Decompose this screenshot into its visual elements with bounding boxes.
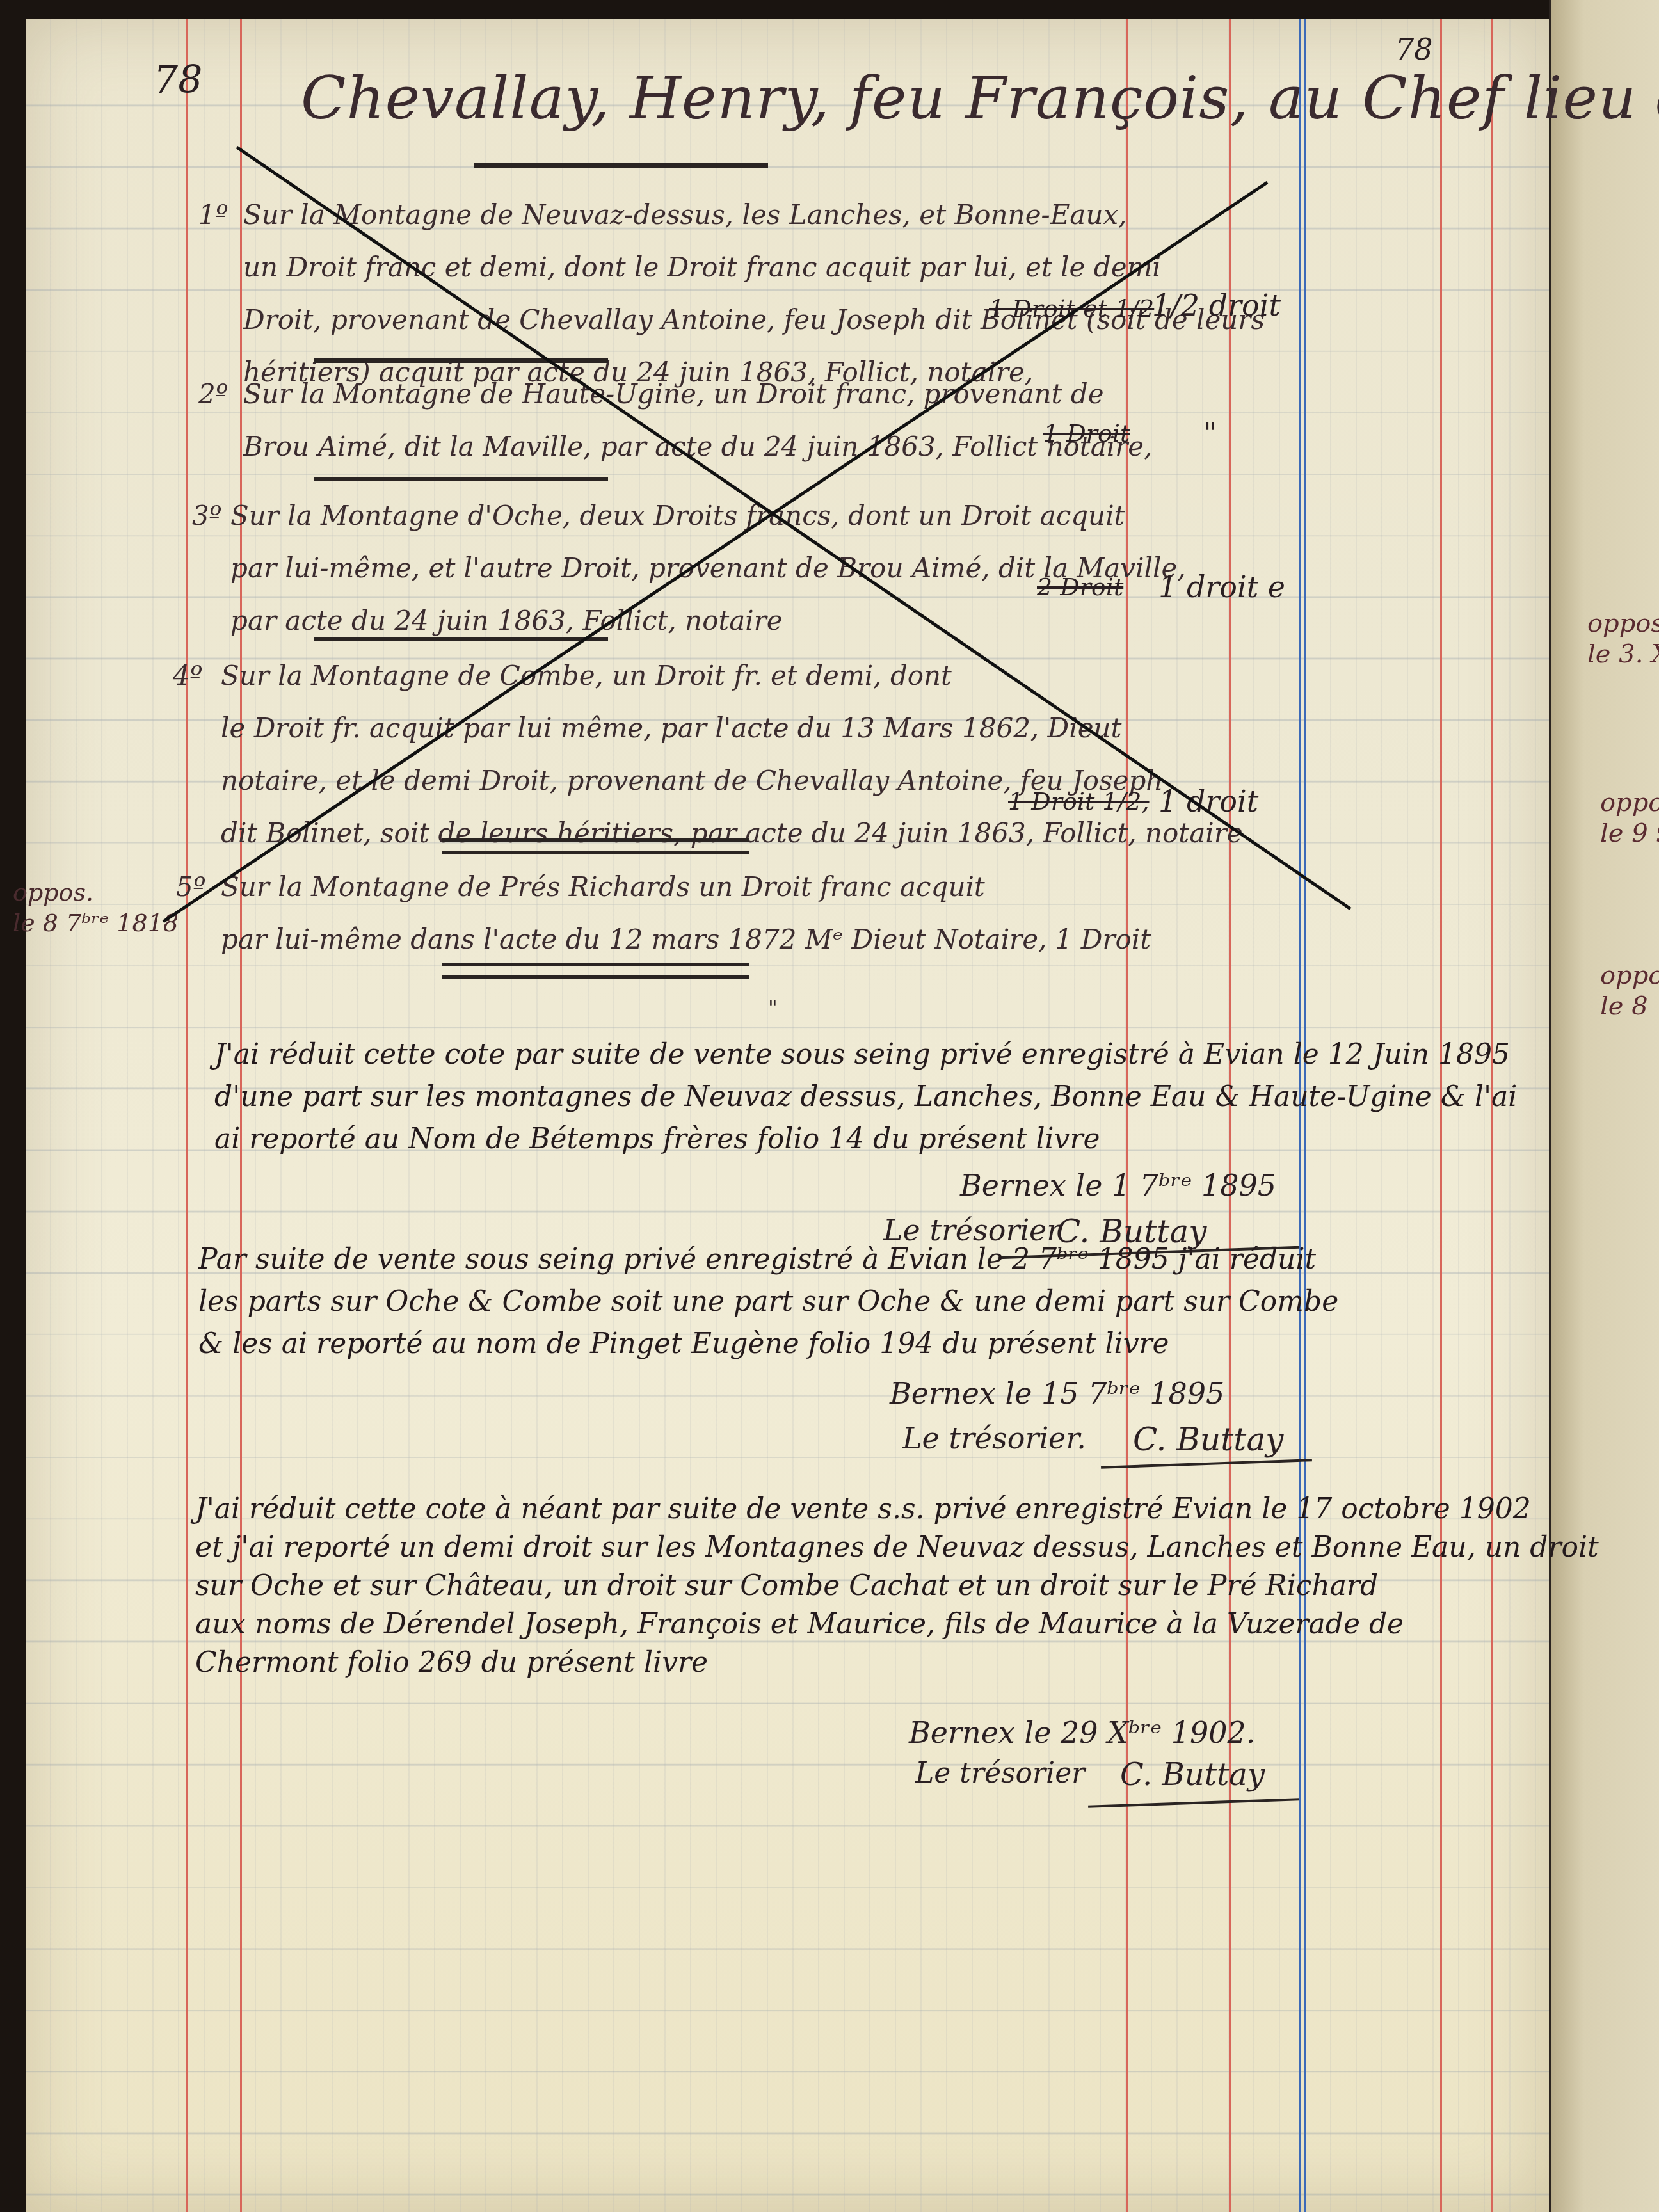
facing-note-line: oppo bbox=[1600, 787, 1659, 818]
section-mark: " bbox=[768, 995, 778, 1020]
annotation-2-signature: C. Buttay bbox=[1133, 1421, 1283, 1458]
annotation-2-signatory: Le trésorier. bbox=[902, 1421, 1086, 1455]
annotation-3-signature: C. Buttay bbox=[1120, 1757, 1265, 1793]
annotation-1-place-date: Bernex le 1 7ᵇʳᵉ 1895 bbox=[960, 1168, 1276, 1203]
facing-note-line: le 3. X bre bbox=[1587, 639, 1659, 669]
facing-note-line: le 8 7 bbox=[1600, 991, 1659, 1022]
facing-page-note-2: oppo le 9 9bre bbox=[1600, 787, 1659, 849]
facing-page-note-1: oppos. le 3. X bre bbox=[1587, 608, 1659, 669]
facing-note-line: oppo bbox=[1600, 960, 1659, 991]
facing-page-note-3: oppo le 8 7 bbox=[1600, 960, 1659, 1022]
annotation-line: & les ai reporté au nom de Pinget Eugène… bbox=[198, 1313, 1338, 1375]
annotation-3-signatory: Le trésorier bbox=[915, 1757, 1085, 1790]
facing-note-line: oppos. bbox=[1587, 608, 1659, 639]
annotation-2-place-date: Bernex le 15 7ᵇʳᵉ 1895 bbox=[890, 1376, 1224, 1411]
annotation-1: J'ai réduit cette cote par suite de vent… bbox=[214, 1024, 1517, 1170]
annotation-3: J'ai réduit cette cote à néant par suite… bbox=[195, 1479, 1599, 1694]
annotation-3-place-date: Bernex le 29 Xᵇʳᵉ 1902. bbox=[909, 1715, 1255, 1750]
annotation-2: Par suite de vente sous seing privé enre… bbox=[198, 1229, 1338, 1375]
facing-note-line: le 9 9bre bbox=[1600, 818, 1659, 849]
